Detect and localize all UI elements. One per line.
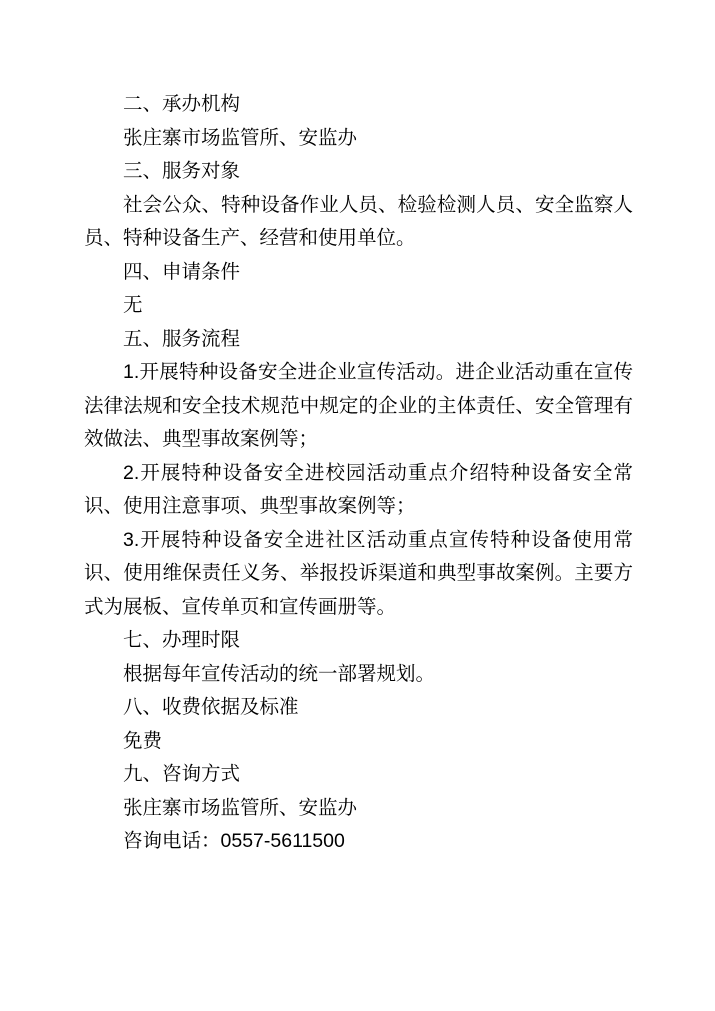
processing-time-limit-text: 根据每年宣传活动的统一部署规划。 [84, 658, 633, 692]
service-process-step-1: 1.开展特种设备安全进企业宣传活动。进企业活动重在宣传法律法规和安全技术规范中规… [84, 356, 633, 457]
fee-basis-text: 免费 [84, 725, 633, 759]
section-heading-service-process: 五、服务流程 [84, 323, 633, 357]
document-page: 二、承办机构 张庄寨市场监管所、安监办 三、服务对象 社会公众、特种设备作业人员… [0, 0, 715, 1011]
consultation-phone-text: 咨询电话：0557-5611500 [84, 825, 633, 859]
section-heading-application-conditions: 四、申请条件 [84, 256, 633, 290]
service-process-step-2: 2.开展特种设备安全进校园活动重点介绍特种设备安全常识、使用注意事项、典型事故案… [84, 457, 633, 524]
service-targets-text: 社会公众、特种设备作业人员、检验检测人员、安全监察人员、特种设备生产、经营和使用… [84, 189, 633, 256]
application-conditions-text: 无 [84, 289, 633, 323]
consultation-agency-text: 张庄寨市场监管所、安监办 [84, 792, 633, 826]
section-heading-undertaking-agency: 二、承办机构 [84, 88, 633, 122]
section-heading-fee-basis: 八、收费依据及标准 [84, 691, 633, 725]
service-process-step-3: 3.开展特种设备安全进社区活动重点宣传特种设备使用常识、使用维保责任义务、举报投… [84, 524, 633, 625]
section-heading-processing-time-limit: 七、办理时限 [84, 624, 633, 658]
document-content: 二、承办机构 张庄寨市场监管所、安监办 三、服务对象 社会公众、特种设备作业人员… [0, 0, 715, 859]
undertaking-agency-text: 张庄寨市场监管所、安监办 [84, 122, 633, 156]
section-heading-consultation-method: 九、咨询方式 [84, 758, 633, 792]
section-heading-service-targets: 三、服务对象 [84, 155, 633, 189]
